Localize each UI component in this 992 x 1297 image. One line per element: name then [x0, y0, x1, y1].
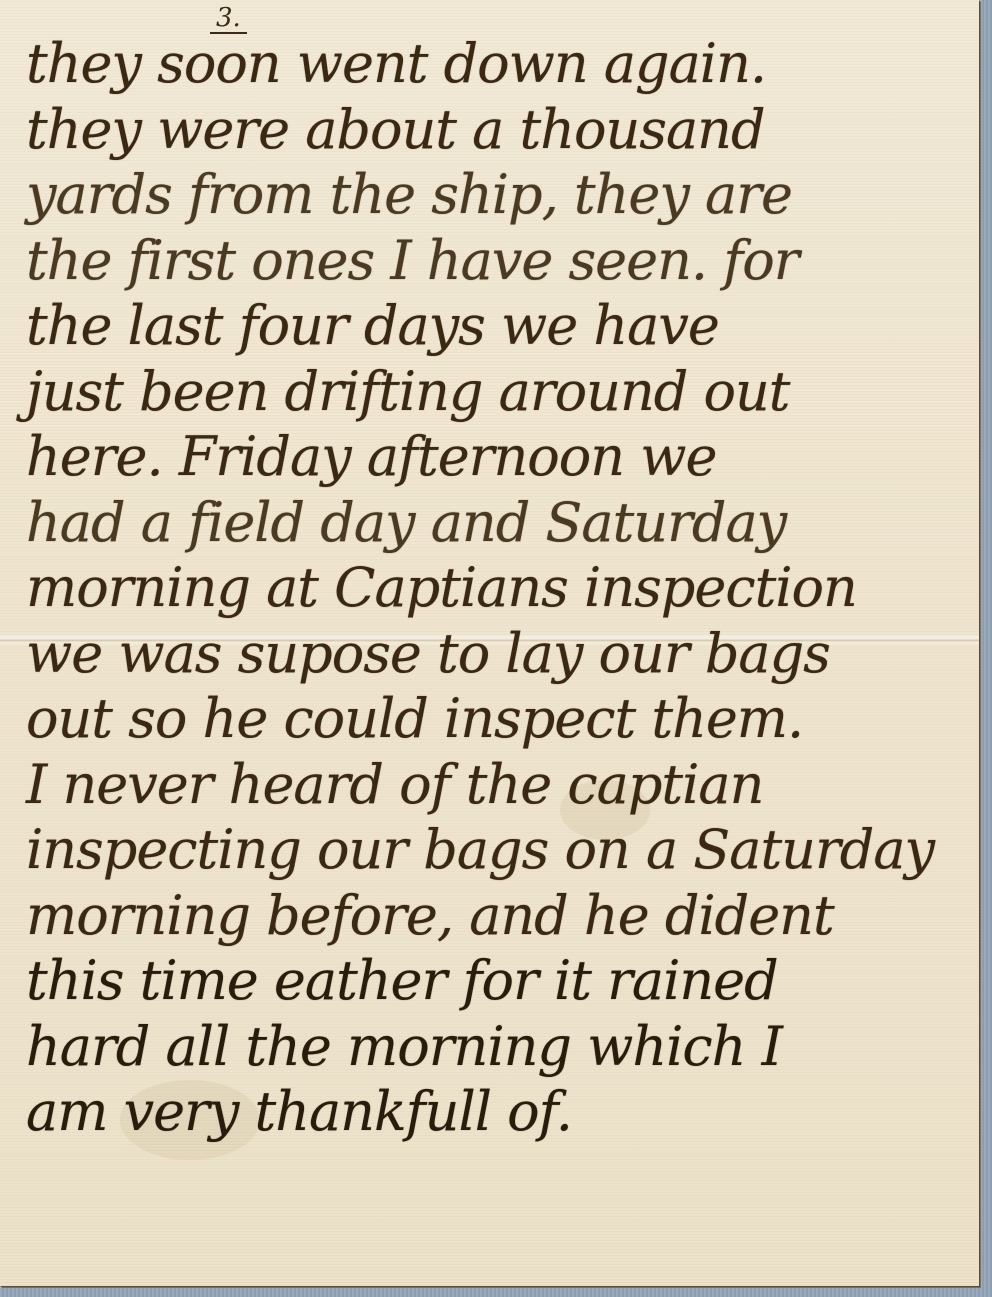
text-line: yards from the ship, they are — [26, 153, 976, 219]
text-line: I never heard of the captian — [26, 743, 976, 809]
text-line: inspecting our bags on a Saturday — [26, 808, 976, 874]
text-line: just been drifting around out — [26, 350, 976, 416]
text-line: had a field day and Saturday — [26, 481, 976, 547]
text-line: morning at Captians inspection — [26, 546, 976, 612]
text-line: the last four days we have — [26, 284, 976, 350]
text-line: they soon went down again. — [26, 22, 976, 88]
text-line: we was supose to lay our bags — [26, 612, 976, 678]
text-line: am very thankfull of. — [26, 1070, 976, 1136]
text-line: they were about a thousand — [26, 88, 976, 154]
text-line: out so he could inspect them. — [26, 677, 976, 743]
text-line: hard all the morning which I — [26, 1005, 976, 1071]
text-line: morning before, and he dident — [26, 874, 976, 940]
text-line: this time eather for it rained — [26, 939, 976, 1005]
handwritten-text: they soon went down again. they were abo… — [26, 22, 976, 1136]
letter-page: 3. they soon went down again. they were … — [0, 0, 979, 1286]
text-line: here. Friday afternoon we — [26, 415, 976, 481]
text-line: the first ones I have seen. for — [26, 219, 976, 285]
